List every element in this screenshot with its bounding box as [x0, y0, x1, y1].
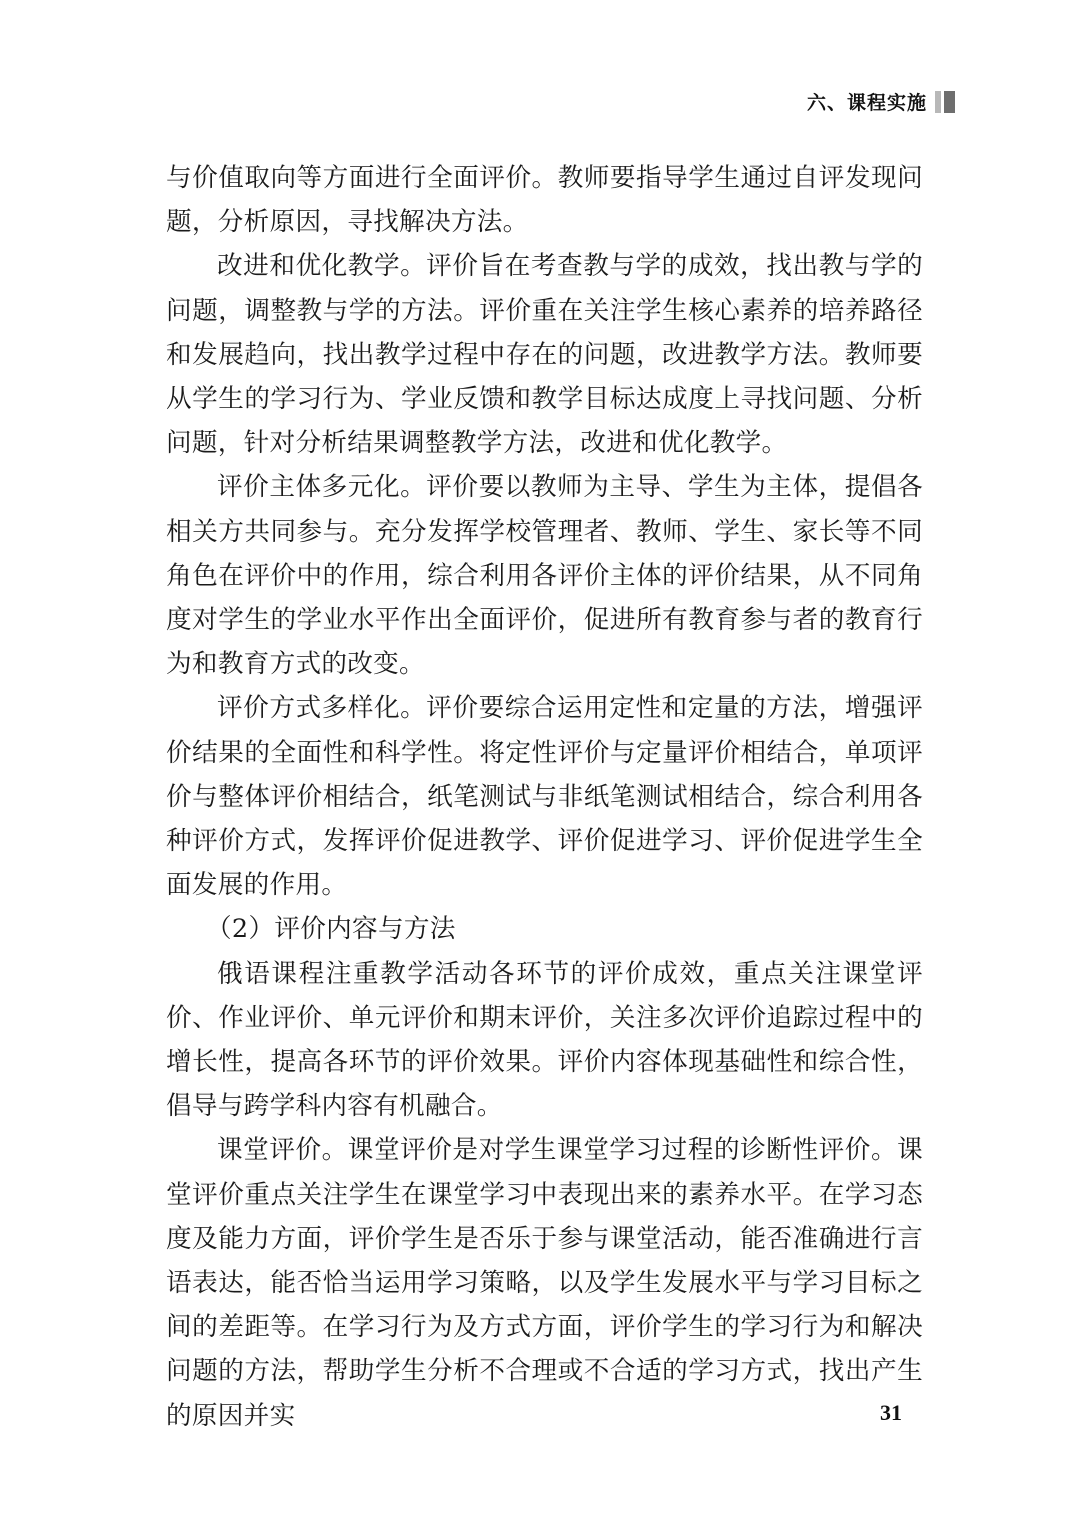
paragraph: 评价方式多样化。评价要综合运用定性和定量的方法，增强评价结果的全面性和科学性。将… [166, 686, 923, 907]
subsection-heading: （2）评价内容与方法 [166, 907, 923, 951]
page-body: 与价值取向等方面进行全面评价。教师要指导学生通过自评发现问题，分析原因，寻找解决… [166, 156, 923, 1438]
header-bars-icon [935, 91, 955, 113]
paragraph: 课堂评价。课堂评价是对学生课堂学习过程的诊断性评价。课堂评价重点关注学生在课堂学… [166, 1128, 923, 1437]
paragraph: 改进和优化教学。评价旨在考查教与学的成效，找出教与学的问题，调整教与学的方法。评… [166, 244, 923, 465]
paragraph: 俄语课程注重教学活动各环节的评价成效，重点关注课堂评价、作业评价、单元评价和期末… [166, 952, 923, 1129]
paragraph: 与价值取向等方面进行全面评价。教师要指导学生通过自评发现问题，分析原因，寻找解决… [166, 156, 923, 244]
running-header: 六、课程实施 [807, 88, 955, 115]
page-number: 31 [880, 1400, 902, 1426]
paragraph: 评价主体多元化。评价要以教师为主导、学生为主体，提倡各相关方共同参与。充分发挥学… [166, 465, 923, 686]
section-title: 六、课程实施 [807, 88, 927, 115]
